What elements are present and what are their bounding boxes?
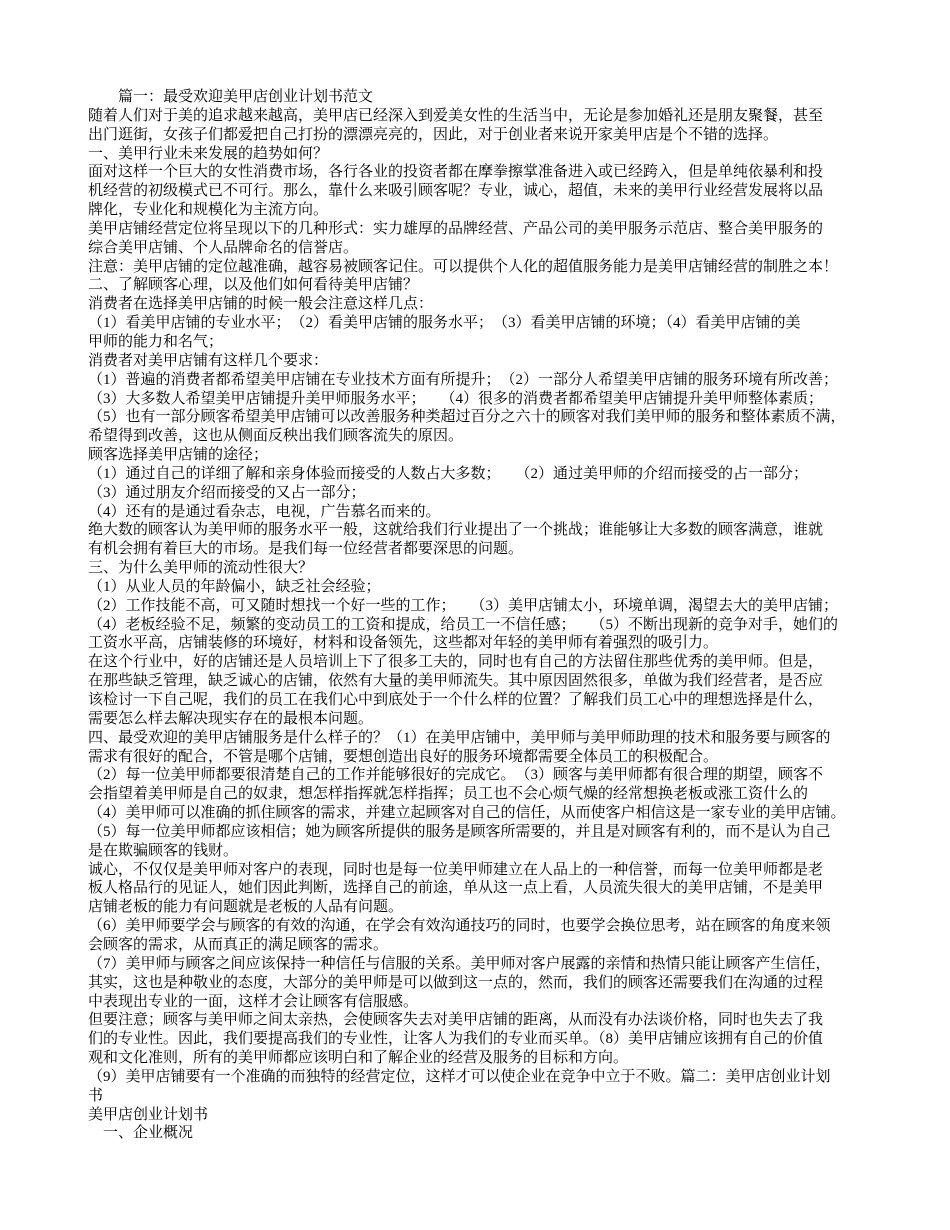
- text-line: 观和文化准则，所有的美甲师都应该明白和了解企业的经营及服务的目标和方向。: [88, 1049, 878, 1068]
- text-line: （2）工作技能不高，可又随时想找一个好一些的工作； （3）美甲店铺太小，环境单调…: [88, 597, 878, 616]
- text-line: 美甲店铺经营定位将呈现以下的几种形式：实力雄厚的品牌经营、产品公司的美甲服务示范…: [88, 220, 878, 239]
- text-line: 三、为什么美甲师的流动性很大？: [88, 559, 878, 578]
- text-line: （4）美甲师可以准确的抓住顾客的需求，并建立起顾客对自己的信任，从而使客户相信这…: [88, 804, 878, 823]
- text-line: （3）通过朋友介绍而接受的又占一部分；: [88, 484, 878, 503]
- text-line: 随着人们对于美的追求越来越高，美甲店已经深入到爱美女性的生活当中，无论是参加婚礼…: [88, 107, 878, 126]
- text-line: 一、企业概况: [88, 1124, 878, 1143]
- text-line: （1）通过自己的详细了解和亲身体验而接受的人数占大多数； （2）通过美甲师的介绍…: [88, 465, 878, 484]
- text-line: 诚心，不仅仅是美甲师对客户的表现，同时也是每一位美甲师建立在人品上的一种信誉，而…: [88, 861, 878, 880]
- text-line: 牌化，专业化和规模化为主流方向。: [88, 201, 878, 220]
- text-line: （2）每一位美甲师都要很清楚自己的工作并能够很好的完成它。 （3）顾客与美甲师都…: [88, 766, 878, 785]
- text-line: 会顾客的需求，从而真正的满足顾客的需求。: [88, 936, 878, 955]
- text-line: 综合美甲店铺、个人品牌命名的信誉店。: [88, 239, 878, 258]
- text-line: （9）美甲店铺要有一个准确的而独特的经营定位，这样才可以使企业在竞争中立于不败。…: [88, 1068, 878, 1087]
- text-line: 书: [88, 1087, 878, 1106]
- text-line: 美甲店创业计划书: [88, 1106, 878, 1125]
- text-line: 消费者在选择美甲店铺的时候一般会注意这样几点：: [88, 295, 878, 314]
- text-line: 篇一：最受欢迎美甲店创业计划书范文: [88, 88, 878, 107]
- text-line: （5）每一位美甲师都应该相信；她为顾客所提供的服务是顾客所需要的，并且是对顾客有…: [88, 823, 878, 842]
- text-line: 在那些缺乏管理，缺乏诚心的店铺，依然有大量的美甲师流失。其中原因固然很多，单做为…: [88, 672, 878, 691]
- text-line: 四、最受欢迎的美甲店铺服务是什么样子的？（1）在美甲店铺中，美甲师与美甲师助理的…: [88, 729, 878, 748]
- text-line: 中表现出专业的一面，这样才会让顾客有信服感。: [88, 993, 878, 1012]
- text-line: （1）看美甲店铺的专业水平； （2）看美甲店铺的服务水平； （3）看美甲店铺的环…: [88, 314, 878, 333]
- text-line: 需求有很好的配合，不管是哪个店铺，要想创造出良好的服务环境都需要全体员工的积极配…: [88, 748, 878, 767]
- text-line: 有机会拥有着巨大的市场。是我们每一位经营者都要深思的问题。: [88, 540, 878, 559]
- text-line: （1）普遍的消费者都希望美甲店铺在专业技术方面有所提升； （2）一部分人希望美甲…: [88, 371, 878, 390]
- document-page: 篇一：最受欢迎美甲店创业计划书范文随着人们对于美的追求越来越高，美甲店已经深入到…: [0, 0, 950, 1230]
- text-line: （7）美甲师与顾客之间应该保持一种信任与信服的关系。美甲师对客户展露的亲情和热情…: [88, 955, 878, 974]
- text-line: （1）从业人员的年龄偏小，缺乏社会经验；: [88, 578, 878, 597]
- text-line: 甲师的能力和名气；: [88, 333, 878, 352]
- text-line: 希望得到改善，这也从侧面反秧出我们顾客流失的原因。: [88, 427, 878, 446]
- text-line: 在这个行业中，好的店铺还是人员培训上下了很多工夫的，同时也有自己的方法留住那些优…: [88, 653, 878, 672]
- text-line: 们的专业性。因此，我们要提高我们的专业性，让客人为我们的专业而买单。（8）美甲店…: [88, 1030, 878, 1049]
- text-line: 一、美甲行业未来发展的趋势如何？: [88, 145, 878, 164]
- text-line: 工资水平高，店铺装修的环境好，材料和设备领先，这些都对年轻的美甲师有着强烈的吸引…: [88, 634, 878, 653]
- text-line: 顾客选择美甲店铺的途径；: [88, 446, 878, 465]
- text-line: 机经营的初级模式已不可行。那么，靠什么来吸引顾客呢？专业，诚心，超值，未来的美甲…: [88, 182, 878, 201]
- text-line: 消费者对美甲店铺有这样几个要求：: [88, 352, 878, 371]
- text-line: 注意：美甲店铺的定位越准确，越容易被顾客记住。可以提供个人化的超值服务能力是美甲…: [88, 258, 878, 277]
- text-line: 出门逛街，女孩子们都爱把自己打扮的漂漂亮亮的，因此，对于创业者来说开家美甲店是个…: [88, 126, 878, 145]
- text-line: （5）也有一部分顾客希望美甲店铺可以改善服务种类超过百分之六十的顾客对我们美甲师…: [88, 408, 878, 427]
- text-line: （3）大多数人希望美甲店铺提升美甲师服务水平； （4）很多的消费者都希望美甲店铺…: [88, 390, 878, 409]
- text-line: 绝大数的顾客认为美甲师的服务水平一般，这就给我们行业提出了一个挑战；谁能够让大多…: [88, 521, 878, 540]
- text-line: 但要注意；顾客与美甲师之间太亲热，会使顾客失去对美甲店铺的距离，从而没有办法谈价…: [88, 1011, 878, 1030]
- text-line: 二、了解顾客心理，以及他们如何看待美甲店铺？: [88, 276, 878, 295]
- text-line: 该检讨一下自己呢，我们的员工在我们心中到底处于一个什么样的位置？了解我们员工心中…: [88, 691, 878, 710]
- text-line: 其实，这也是种敬业的态度，大部分的美甲师是可以做到这一点的，然而，我们的顾客还需…: [88, 974, 878, 993]
- text-line: 需要怎么样去解决现实存在的最根本问题。: [88, 710, 878, 729]
- text-line: 板人格品行的见证人，她们因此判断，选择自己的前途，单从这一点上看，人员流失很大的…: [88, 879, 878, 898]
- text-line: （4）还有的是通过看杂志，电视，广告慕名而来的。: [88, 503, 878, 522]
- text-line: 店铺老板的能力有问题就是老板的人品有问题。: [88, 898, 878, 917]
- text-line: 面对这样一个巨大的女性消费市场，各行各业的投资者都在摩拳擦掌准备进入或已经跨入，…: [88, 163, 878, 182]
- text-line: 是在欺骗顾客的钱财。: [88, 842, 878, 861]
- document-body: 篇一：最受欢迎美甲店创业计划书范文随着人们对于美的追求越来越高，美甲店已经深入到…: [88, 88, 878, 1143]
- text-line: 会指望着美甲师是自己的奴隶，想怎样指挥就怎样指挥；员工也不会心烦气燥的经常想换老…: [88, 785, 878, 804]
- text-line: （4）老板经验不足，频繁的变动员工的工资和提成，给员工一不信任感； （5）不断出…: [88, 616, 878, 635]
- text-line: （6）美甲师要学会与顾客的有效的沟通，在学会有效沟通技巧的同时，也要学会换位思考…: [88, 917, 878, 936]
